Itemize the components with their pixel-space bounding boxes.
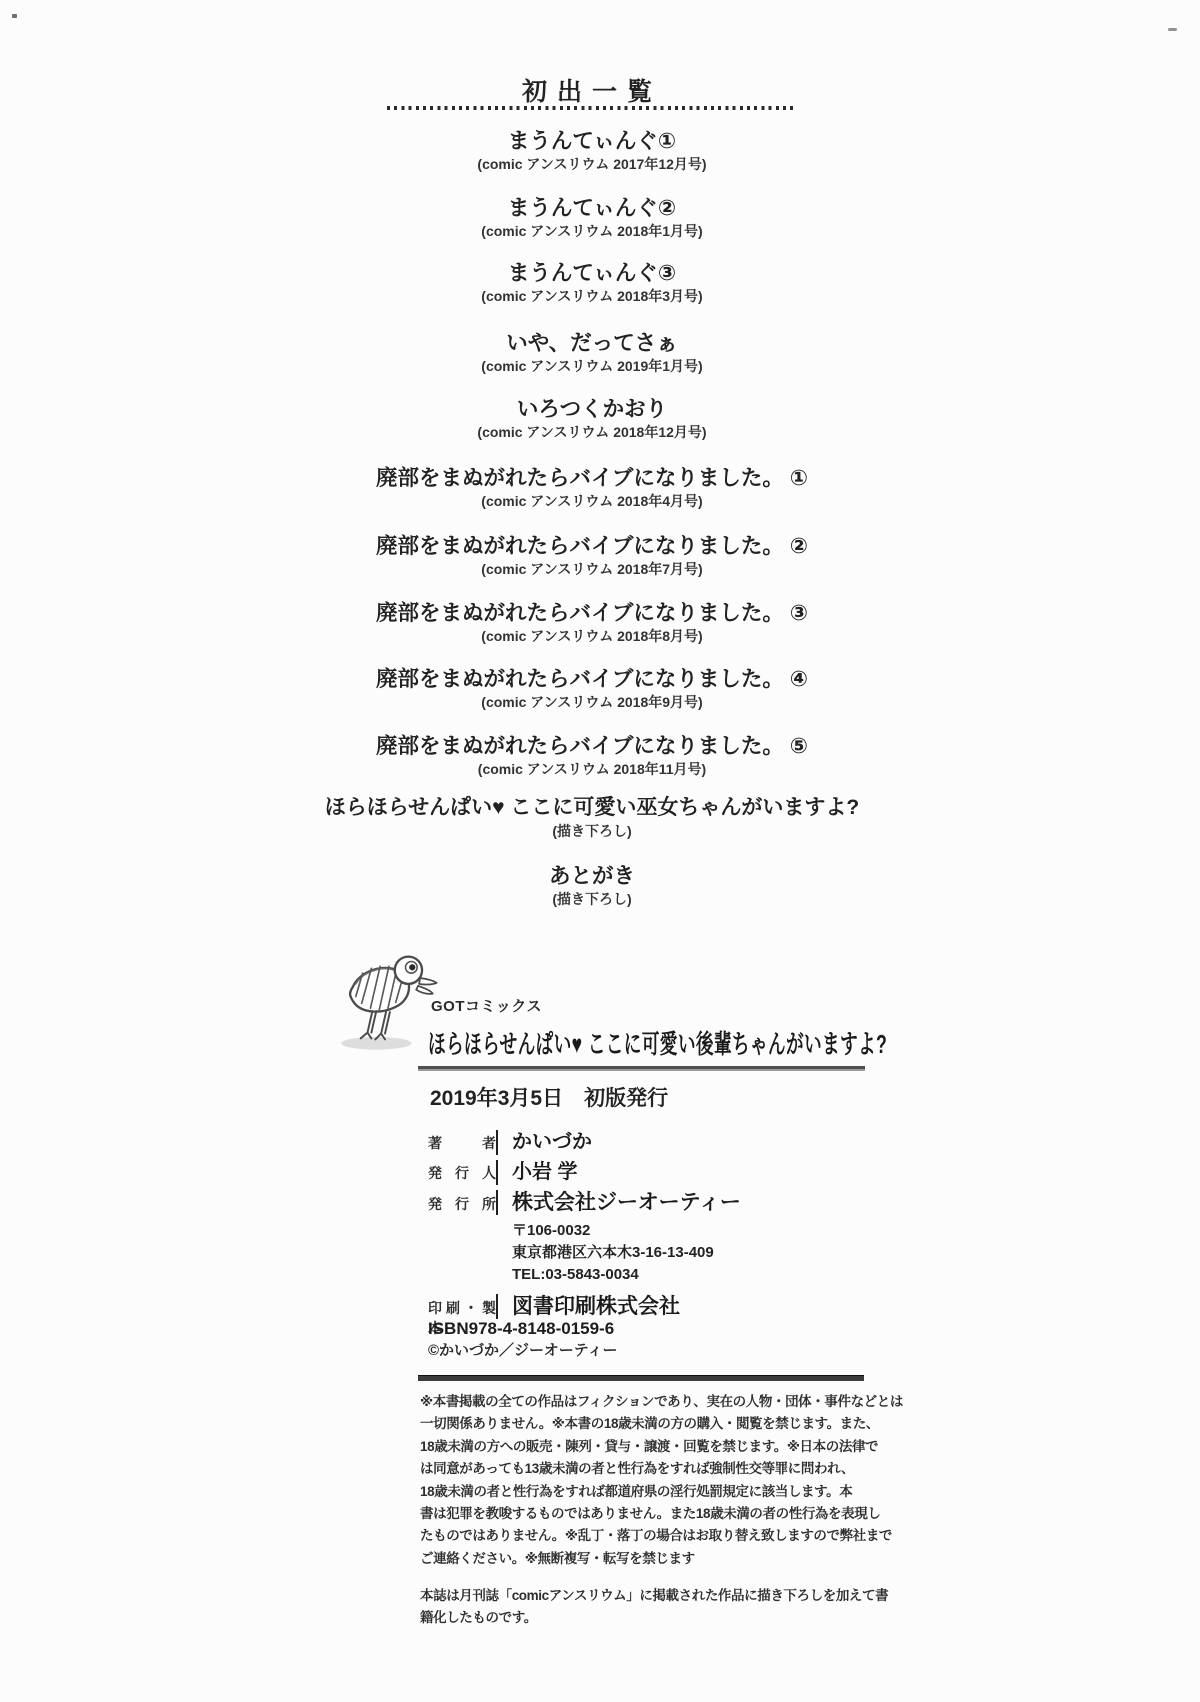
isbn: ISBN978-4-8148-0159-6 [428, 1318, 618, 1340]
imprint-label: GOTコミックス [431, 995, 542, 1016]
entry-source: (comic アンスリウム 2018年12月号) [192, 424, 992, 441]
list-item: ほらほらせんぱい♥ ここに可愛い巫女ちゃんがいますよ? (描き下ろし) [192, 795, 992, 840]
entry-source: (comic アンスリウム 2018年1月号) [192, 223, 992, 240]
entry-source: (comic アンスリウム 2017年12月号) [192, 156, 992, 173]
entry-source: (comic アンスリウム 2018年3月号) [192, 288, 992, 305]
divider-rule [418, 1375, 864, 1381]
credit-label: 発行所 [428, 1194, 496, 1214]
list-item: あとがき (描き下ろし) [192, 863, 992, 908]
entry-title: いろつくかおり [192, 396, 992, 422]
credit-row-publisher: 発行所 株式会社ジーオーティー [428, 1190, 741, 1215]
list-item: 廃部をまぬがれたらバイブになりました。 ② (comic アンスリウム 2018… [192, 533, 992, 578]
edition-date: 2019年3月5日 初版発行 [430, 1082, 668, 1112]
bird-doodle-icon [330, 942, 442, 1054]
credit-value: 小岩 学 [496, 1160, 578, 1185]
entry-source: (comic アンスリウム 2019年1月号) [192, 358, 992, 375]
entry-title: まうんてぃんぐ① [192, 128, 992, 154]
list-item: いや、だってさぁ (comic アンスリウム 2019年1月号) [192, 330, 992, 375]
entry-title: いや、だってさぁ [192, 330, 992, 356]
entry-title: ほらほらせんぱい♥ ここに可愛い巫女ちゃんがいますよ? [192, 795, 992, 821]
list-item: まうんてぃんぐ① (comic アンスリウム 2017年12月号) [192, 128, 992, 173]
entry-title: 廃部をまぬがれたらバイブになりました。 ② [192, 533, 992, 559]
credit-value: 図書印刷株式会社 [496, 1294, 680, 1319]
scan-speck [12, 14, 17, 18]
credit-value: 株式会社ジーオーティー [496, 1190, 741, 1215]
entry-title: まうんてぃんぐ② [192, 195, 992, 221]
publisher-address: 〒106-0032 東京都港区六本木3-16-13-409 TEL:03-584… [512, 1220, 741, 1286]
scan-speck [1168, 28, 1177, 31]
credit-row-author: 著 者 かいづか [428, 1130, 741, 1155]
book-title: ほらほらせんぱい♥ ここに可愛い後輩ちゃんがいますよ? [428, 1024, 887, 1061]
credit-row-publisher-person: 発行人 小岩 学 [428, 1160, 741, 1185]
copyright: ©かいづか／ジーオーティー [428, 1340, 618, 1361]
entry-title: 廃部をまぬがれたらバイブになりました。 ⑤ [192, 733, 992, 759]
entry-source: (comic アンスリウム 2018年8月号) [192, 628, 992, 645]
entry-title: まうんてぃんぐ③ [192, 260, 992, 286]
compilation-note: 本誌は月刊誌「comicアンスリウム」に掲載された作品に描き下ろしを加えて書 籍… [420, 1585, 1040, 1630]
entry-source: (comic アンスリウム 2018年7月号) [192, 561, 992, 578]
list-item: 廃部をまぬがれたらバイブになりました。 ⑤ (comic アンスリウム 2018… [192, 733, 992, 778]
entry-source: (comic アンスリウム 2018年4月号) [192, 493, 992, 510]
section-title: 初出一覧 [192, 72, 992, 108]
entry-title: 廃部をまぬがれたらバイブになりました。 ④ [192, 666, 992, 692]
credit-label: 発行人 [428, 1163, 496, 1183]
list-item: いろつくかおり (comic アンスリウム 2018年12月号) [192, 396, 992, 441]
credit-label: 著 者 [428, 1133, 496, 1153]
entry-title: あとがき [192, 863, 992, 889]
list-item: 廃部をまぬがれたらバイブになりました。 ① (comic アンスリウム 2018… [192, 465, 992, 510]
entry-source: (comic アンスリウム 2018年11月号) [192, 761, 992, 778]
entry-source: (comic アンスリウム 2018年9月号) [192, 694, 992, 711]
entry-source: (描き下ろし) [192, 891, 992, 908]
list-item: 廃部をまぬがれたらバイブになりました。 ④ (comic アンスリウム 2018… [192, 666, 992, 711]
dotted-divider [387, 106, 797, 110]
entry-source: (描き下ろし) [192, 823, 992, 840]
colophon-page: 初出一覧 まうんてぃんぐ① (comic アンスリウム 2017年12月号) ま… [0, 0, 1200, 1702]
list-item: 廃部をまぬがれたらバイブになりました。 ③ (comic アンスリウム 2018… [192, 600, 992, 645]
credit-value: かいづか [496, 1130, 592, 1155]
list-item: まうんてぃんぐ③ (comic アンスリウム 2018年3月号) [192, 260, 992, 305]
entry-title: 廃部をまぬがれたらバイブになりました。 ① [192, 465, 992, 491]
legal-disclaimer: ※本書掲載の全ての作品はフィクションであり、実在の人物・団体・事件などとは 一切… [420, 1391, 1040, 1570]
list-item: まうんてぃんぐ② (comic アンスリウム 2018年1月号) [192, 195, 992, 240]
isbn-block: ISBN978-4-8148-0159-6 ©かいづか／ジーオーティー [428, 1318, 618, 1361]
title-underline [418, 1066, 865, 1069]
entry-title: 廃部をまぬがれたらバイブになりました。 ③ [192, 600, 992, 626]
credits-table: 著 者 かいづか 発行人 小岩 学 発行所 株式会社ジーオーティー 〒106-0… [428, 1130, 741, 1343]
